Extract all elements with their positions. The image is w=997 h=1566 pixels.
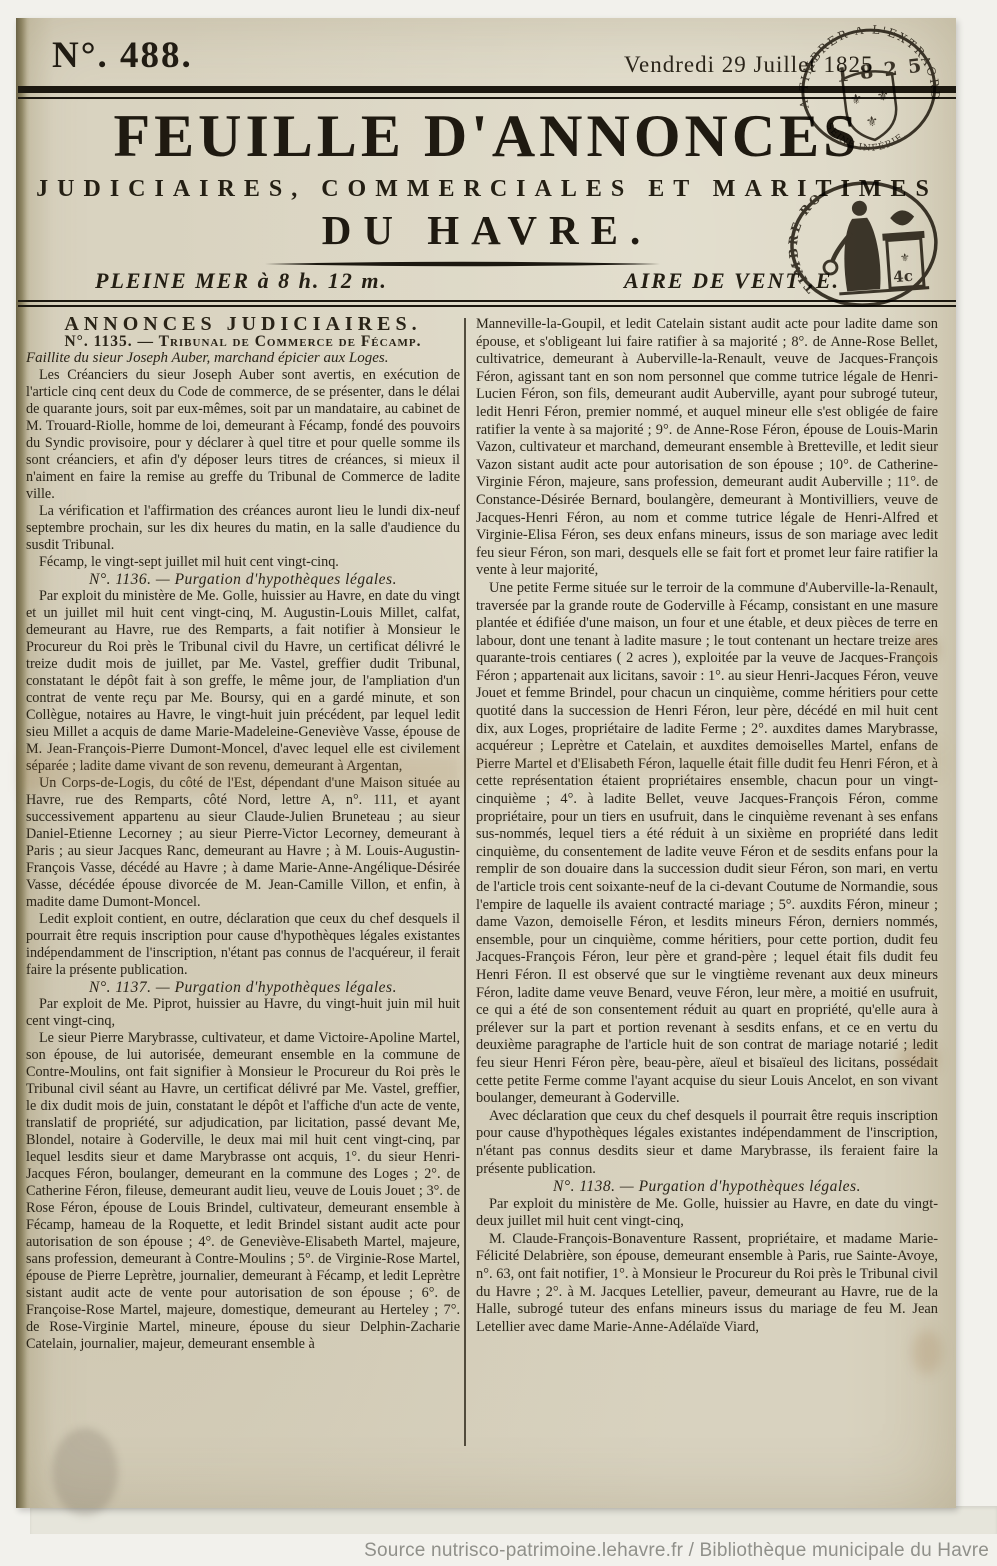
notice-1137-paragraph: Une petite Ferme située sur le terroir d… (476, 580, 938, 1108)
notice-1135-paragraph: Les Créanciers du sieur Joseph Auber son… (26, 367, 460, 503)
notice-1137-heading: N°. 1137. — Purgation d'hypothèques léga… (26, 979, 460, 996)
notice-1138-paragraph: M. Claude-François-Bonaventure Rassent, … (476, 1231, 938, 1337)
notice-1136-heading: N°. 1136. — Purgation d'hypothèques léga… (26, 571, 460, 588)
swelled-rule (265, 254, 660, 260)
stamp1-year-text: 1825 (835, 53, 934, 87)
svg-text:⚜: ⚜ (849, 91, 863, 108)
notice-1138-paragraph: Par exploit du ministère de Me. Golle, h… (476, 1196, 938, 1231)
notice-1137-paragraph-continued: Manneville-la-Goupil, et ledit Catelain … (476, 316, 938, 580)
pedestal-icon: ⚜ 4c (881, 209, 928, 289)
left-column: ANNONCES JUDICIAIRES. N°. 1135. — Tribun… (26, 316, 460, 1450)
tide-info: PLEINE MER à 8 h. 12 m. (95, 268, 388, 294)
notice-1136-paragraph: Par exploit du ministère de Me. Golle, h… (26, 588, 460, 775)
newspaper-scan: N°. 488. Vendredi 29 Juillet 1825 FEUILL… (0, 0, 997, 1566)
royal-timbre-stamp: TIMBRE ROYAL. ⚜ 4c (782, 175, 949, 316)
svg-text:⚜: ⚜ (876, 88, 890, 105)
notice-1137-paragraph: Par exploit de Me. Piprot, huissier au H… (26, 996, 460, 1030)
extraordinary-tax-stamp: A TIMBRER A L'EXTRAORD. 1825 ⚜ ⚜ ⚜ SEINE… (789, 17, 954, 164)
notice-1135-dateline: Fécamp, le vingt-sept juillet mil huit c… (26, 554, 460, 571)
standing-figure-icon (819, 200, 881, 293)
issue-number: N°. 488. (52, 34, 193, 77)
section-heading-annonces-judiciaires: ANNONCES JUDICIAIRES. (26, 316, 460, 333)
svg-text:⚜: ⚜ (900, 251, 911, 265)
notice-1138-heading: N°. 1138. — Purgation d'hypothèques léga… (476, 1178, 938, 1196)
notice-1136-paragraph: Ledit exploit contient, en outre, déclar… (26, 911, 460, 979)
source-caption: Source nutrisco-patrimoine.lehavre.fr / … (364, 1540, 989, 1562)
notice-1135-heading: N°. 1135. — Tribunal de Commerce de Féca… (26, 333, 460, 350)
notice-1137-paragraph: Avec déclaration que ceux du chef desque… (476, 1108, 938, 1178)
svg-text:⚜: ⚜ (865, 113, 879, 130)
underlying-page-edge (30, 1506, 997, 1534)
notice-1135-paragraph: La vérification et l'affirmation des cré… (26, 503, 460, 554)
right-column: Manneville-la-Goupil, et ledit Catelain … (476, 316, 938, 1454)
column-divider-rule (464, 318, 466, 1446)
notice-1137-paragraph: Le sieur Pierre Marybrasse, cultivateur,… (26, 1030, 460, 1353)
stamp2-denomination-text: 4c (893, 267, 914, 286)
notice-1136-paragraph: Un Corps-de-Logis, du côté de l'Est, dép… (26, 775, 460, 911)
notice-1135-subject-line: Faillite du sieur Joseph Auber, marchand… (26, 350, 460, 367)
